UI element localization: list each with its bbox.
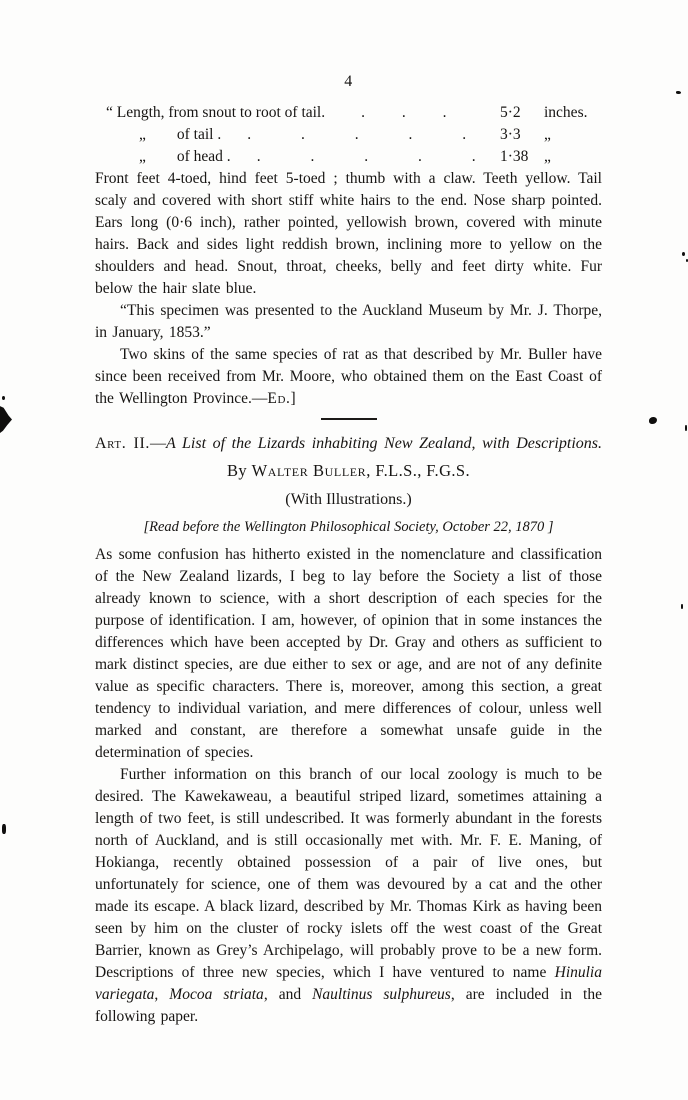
ink-speck <box>2 824 6 834</box>
em-dash: — <box>252 390 268 407</box>
measurement-unit: „ <box>544 146 602 168</box>
article-title: A List of the Lizards inhabiting New Zea… <box>166 435 602 452</box>
paragraph-rat-description: Front feet 4-toed, hind feet 5-toed ; th… <box>95 168 602 300</box>
measurement-value: 3·3 <box>500 124 544 146</box>
paragraph-text: , and <box>264 986 312 1003</box>
ink-speck <box>682 252 685 256</box>
species-name-naultinus: Naultinus sulphureus <box>312 986 451 1003</box>
article-heading: Art. II.—A List of the Lizards inhabitin… <box>95 433 602 455</box>
measurement-label: „ of head . <box>95 146 231 168</box>
article-byline: By Walter Buller, F.L.S., F.G.S. <box>95 460 602 482</box>
measurement-label: “ Length, from snout to root of tail. <box>95 102 325 124</box>
scanned-document-page: 4 “ Length, from snout to root of tail. … <box>0 0 688 1100</box>
measurement-value: 5·2 <box>500 102 544 124</box>
dot-leader: . . . . . . <box>221 124 500 146</box>
editor-abbreviation: Ed. <box>267 390 290 407</box>
measurement-label: „ of tail . <box>95 124 221 146</box>
dot-leader: . . . . . . <box>231 146 500 168</box>
text-block: 4 “ Length, from snout to root of tail. … <box>95 0 602 1028</box>
paragraph-editor-note: Two skins of the same species of rat as … <box>95 344 602 410</box>
ink-blot <box>0 405 12 433</box>
dot-leader: . . . <box>325 102 500 124</box>
species-name-mocoa: Mocoa striata <box>169 986 264 1003</box>
measurement-row-head: „ of head . . . . . . . 1·38 „ <box>95 146 602 168</box>
measurement-unit: inches. <box>544 102 602 124</box>
closing-bracket: ] <box>290 390 295 407</box>
measurement-unit: „ <box>544 124 602 146</box>
ink-speck <box>2 396 5 400</box>
read-before-note: [Read before the Wellington Philosophica… <box>95 517 602 537</box>
editor-note-text: Two skins of the same species of rat as … <box>95 346 602 407</box>
paragraph-further-information: Further information on this branch of ou… <box>95 764 602 1028</box>
measurement-value: 1·38 <box>500 146 544 168</box>
author-name: Walter Buller <box>252 461 367 480</box>
ink-speck <box>685 425 687 431</box>
section-divider-rule <box>321 418 377 420</box>
illustrations-note: (With Illustrations.) <box>95 489 602 511</box>
ink-speck <box>676 91 681 94</box>
byline-by: By <box>227 461 247 480</box>
measurement-row-tail: „ of tail . . . . . . . 3·3 „ <box>95 124 602 146</box>
article-number: Art. II. <box>95 435 150 452</box>
em-dash: — <box>150 435 166 452</box>
paragraph-introduction: As some confusion has hitherto existed i… <box>95 544 602 764</box>
paragraph-specimen-note: “This specimen was presented to the Auck… <box>95 300 602 344</box>
paragraph-text: Further information on this branch of ou… <box>95 766 602 981</box>
ink-speck <box>649 417 657 424</box>
author-credentials: , F.L.S., F.G.S. <box>366 461 470 480</box>
measurement-row-length: “ Length, from snout to root of tail. . … <box>95 102 602 124</box>
measurement-list: “ Length, from snout to root of tail. . … <box>95 102 602 168</box>
paragraph-text: , <box>154 986 169 1003</box>
page-number: 4 <box>95 0 602 92</box>
ink-speck <box>681 604 683 609</box>
